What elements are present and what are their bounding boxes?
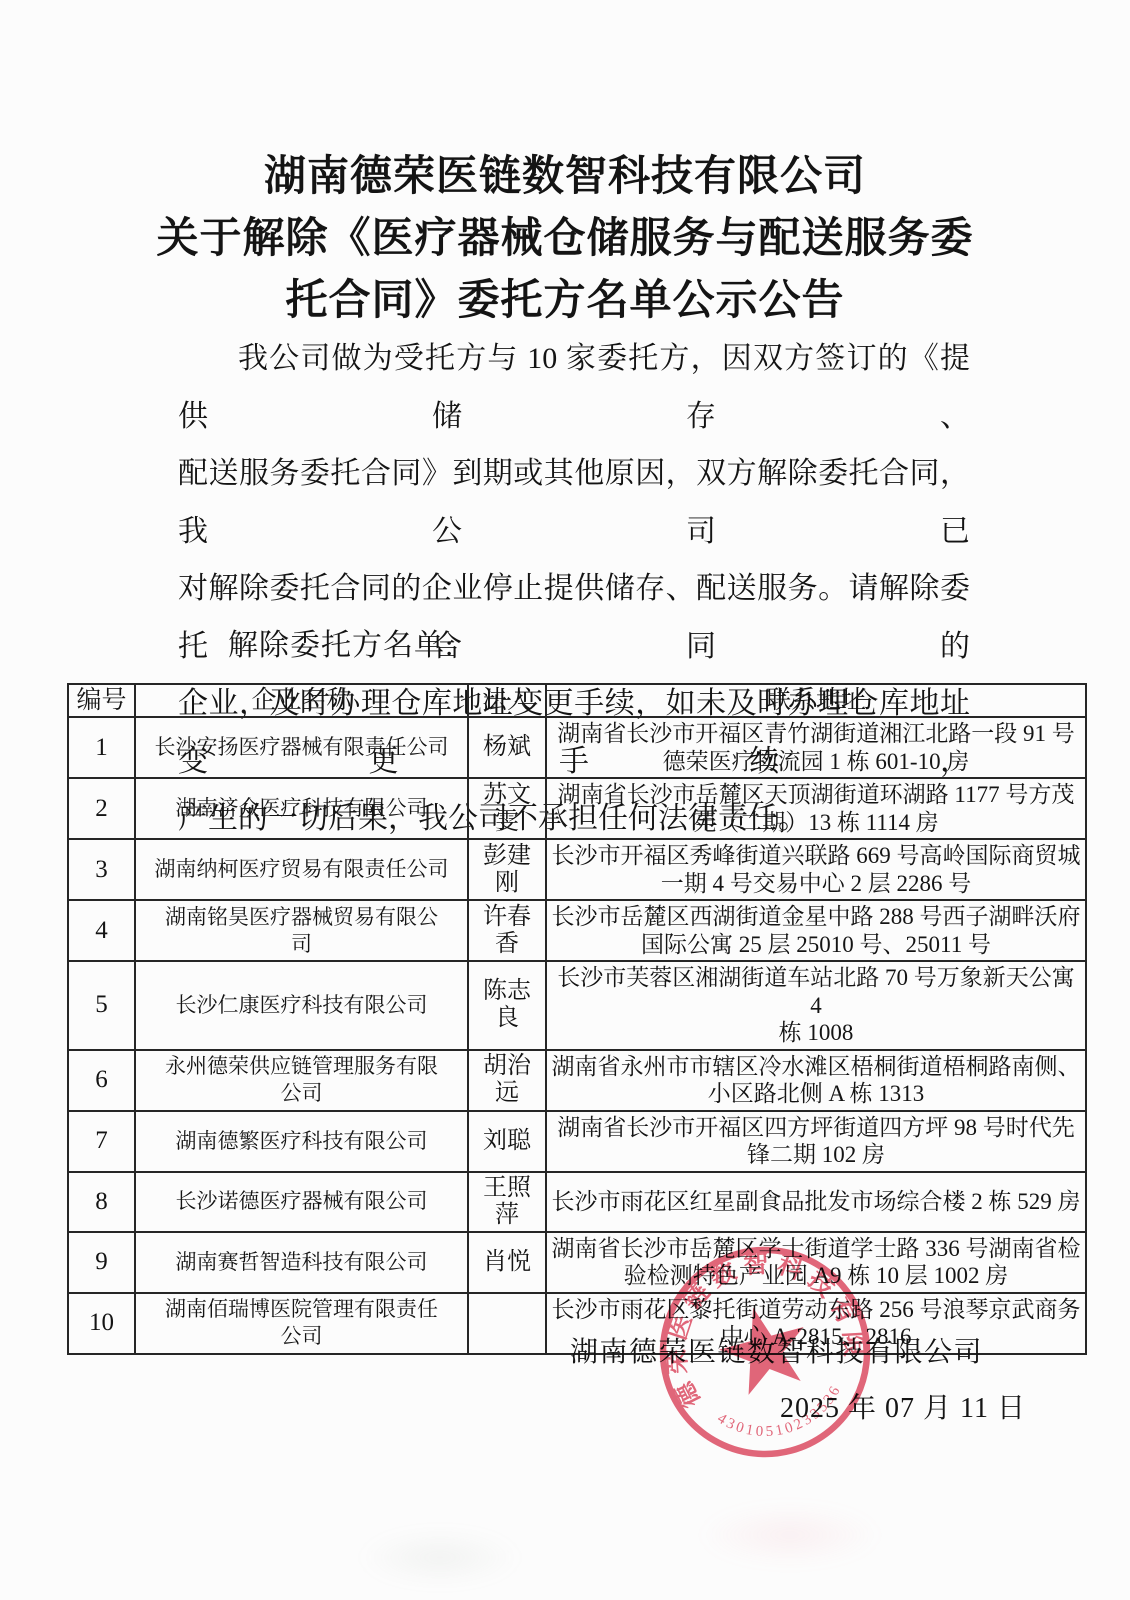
cell-legal: 胡治 远: [468, 1050, 546, 1111]
cell-no: 10: [68, 1293, 135, 1354]
cell-address: 湖南省长沙市开福区四方坪街道四方坪 98 号时代先 锋二期 102 房: [546, 1111, 1086, 1172]
document-page: 湖南德荣医链数智科技有限公司关于解除《医疗器械仓储服务与配送服务委托合同》委托方…: [0, 0, 1130, 1600]
cell-no: 9: [68, 1232, 135, 1293]
cell-legal: 肖悦: [468, 1232, 546, 1293]
table-row: 4湖南铭昊医疗器械贸易有限公 司许春 香长沙市岳麓区西湖街道金星中路 288 号…: [68, 900, 1086, 961]
scan-smudge: [700, 1505, 880, 1565]
cell-legal: 陈志 良: [468, 961, 546, 1050]
column-header: 编号: [68, 684, 135, 717]
column-header: 企业名称: [135, 684, 468, 717]
title-line: 湖南德荣医链数智科技有限公司: [65, 146, 1065, 208]
cell-legal: 刘聪: [468, 1111, 546, 1172]
seal-star-icon: [711, 1296, 817, 1399]
list-heading: 解除委托方名单:: [228, 620, 454, 664]
cell-legal: 王照 萍: [468, 1172, 546, 1232]
table-body: 1长沙安扬医疗器械有限责任公司杨斌湖南省长沙市开福区青竹湖街道湘江北路一段 91…: [68, 717, 1086, 1354]
cell-no: 1: [68, 717, 135, 778]
cell-address: 长沙市开福区秀峰街道兴联路 669 号高岭国际商贸城 一期 4 号交易中心 2 …: [546, 839, 1086, 900]
table-row: 8长沙诺德医疗器械有限公司王照 萍长沙市雨花区红星副食品批发市场综合楼 2 栋 …: [68, 1172, 1086, 1232]
cell-no: 8: [68, 1172, 135, 1232]
cell-company: 长沙仁康医疗科技有限公司: [135, 961, 468, 1050]
table-row: 1长沙安扬医疗器械有限责任公司杨斌湖南省长沙市开福区青竹湖街道湘江北路一段 91…: [68, 717, 1086, 778]
cell-address: 湖南省长沙市岳麓区天顶湖街道环湖路 1177 号方茂 苑（二期）13 栋 111…: [546, 778, 1086, 839]
cell-legal: 苏文 雯: [468, 778, 546, 839]
cell-company: 湖南佰瑞博医院管理有限责任 公司: [135, 1293, 468, 1354]
table-row: 2湖南济众医疗科技有限公司苏文 雯湖南省长沙市岳麓区天顶湖街道环湖路 1177 …: [68, 778, 1086, 839]
cell-no: 4: [68, 900, 135, 961]
table-row: 7湖南德繁医疗科技有限公司刘聪湖南省长沙市开福区四方坪街道四方坪 98 号时代先…: [68, 1111, 1086, 1172]
table-row: 6永州德荣供应链管理服务有限 公司胡治 远湖南省永州市市辖区冷水滩区梧桐街道梧桐…: [68, 1050, 1086, 1111]
paragraph-line: 配送服务委托合同》到期或其他原因，双方解除委托合同，我公司已: [178, 445, 970, 560]
cell-address: 长沙市岳麓区西湖街道金星中路 288 号西子湖畔沃府 国际公寓 25 层 250…: [546, 900, 1086, 961]
cell-company: 湖南德繁医疗科技有限公司: [135, 1111, 468, 1172]
table-row: 9湖南赛哲智造科技有限公司肖悦湖南省长沙市岳麓区学士街道学士路 336 号湖南省…: [68, 1232, 1086, 1293]
paragraph-line: 我公司做为受托方与 10 家委托方，因双方签订的《提供储存、: [178, 330, 970, 445]
cell-no: 6: [68, 1050, 135, 1111]
table-row: 3湖南纳柯医疗贸易有限责任公司彭建 刚长沙市开福区秀峰街道兴联路 669 号高岭…: [68, 839, 1086, 900]
cell-no: 5: [68, 961, 135, 1050]
column-header: 法人: [468, 684, 546, 717]
seal-number-text: 43010510233536: [712, 1379, 854, 1455]
cell-no: 2: [68, 778, 135, 839]
cell-no: 7: [68, 1111, 135, 1172]
title-line: 托合同》委托方名单公示公告: [65, 270, 1065, 332]
cell-address: 长沙市芙蓉区湘湖街道车站北路 70 号万象新天公寓 4 栋 1008: [546, 961, 1086, 1050]
cell-address: 湖南省永州市市辖区冷水滩区梧桐街道梧桐路南侧、 小区路北侧 A 栋 1313: [546, 1050, 1086, 1111]
scan-smudge: [360, 1530, 520, 1585]
table-row: 5长沙仁康医疗科技有限公司陈志 良长沙市芙蓉区湘湖街道车站北路 70 号万象新天…: [68, 961, 1086, 1050]
cell-company: 湖南纳柯医疗贸易有限责任公司: [135, 839, 468, 900]
title-line: 关于解除《医疗器械仓储服务与配送服务委: [65, 208, 1065, 270]
cell-company: 湖南济众医疗科技有限公司: [135, 778, 468, 839]
table-header-row: 编号企业名称法人联系地址: [68, 684, 1086, 717]
column-header: 联系地址: [546, 684, 1086, 717]
document-title: 湖南德荣医链数智科技有限公司关于解除《医疗器械仓储服务与配送服务委托合同》委托方…: [65, 146, 1065, 332]
cell-legal: 许春 香: [468, 900, 546, 961]
cell-company: 长沙安扬医疗器械有限责任公司: [135, 717, 468, 778]
cell-no: 3: [68, 839, 135, 900]
cell-company: 长沙诺德医疗器械有限公司: [135, 1172, 468, 1232]
terminated-clients-table: 编号企业名称法人联系地址 1长沙安扬医疗器械有限责任公司杨斌湖南省长沙市开福区青…: [67, 683, 1087, 1355]
cell-company: 永州德荣供应链管理服务有限 公司: [135, 1050, 468, 1111]
cell-legal: 彭建 刚: [468, 839, 546, 900]
table-header-row: 编号企业名称法人联系地址: [68, 684, 1086, 717]
cell-legal: 杨斌: [468, 717, 546, 778]
cell-company: 湖南赛哲智造科技有限公司: [135, 1232, 468, 1293]
cell-legal: [468, 1293, 546, 1354]
cell-company: 湖南铭昊医疗器械贸易有限公 司: [135, 900, 468, 961]
cell-address: 湖南省长沙市开福区青竹湖街道湘江北路一段 91 号 德荣医疗物流园 1 栋 60…: [546, 717, 1086, 778]
